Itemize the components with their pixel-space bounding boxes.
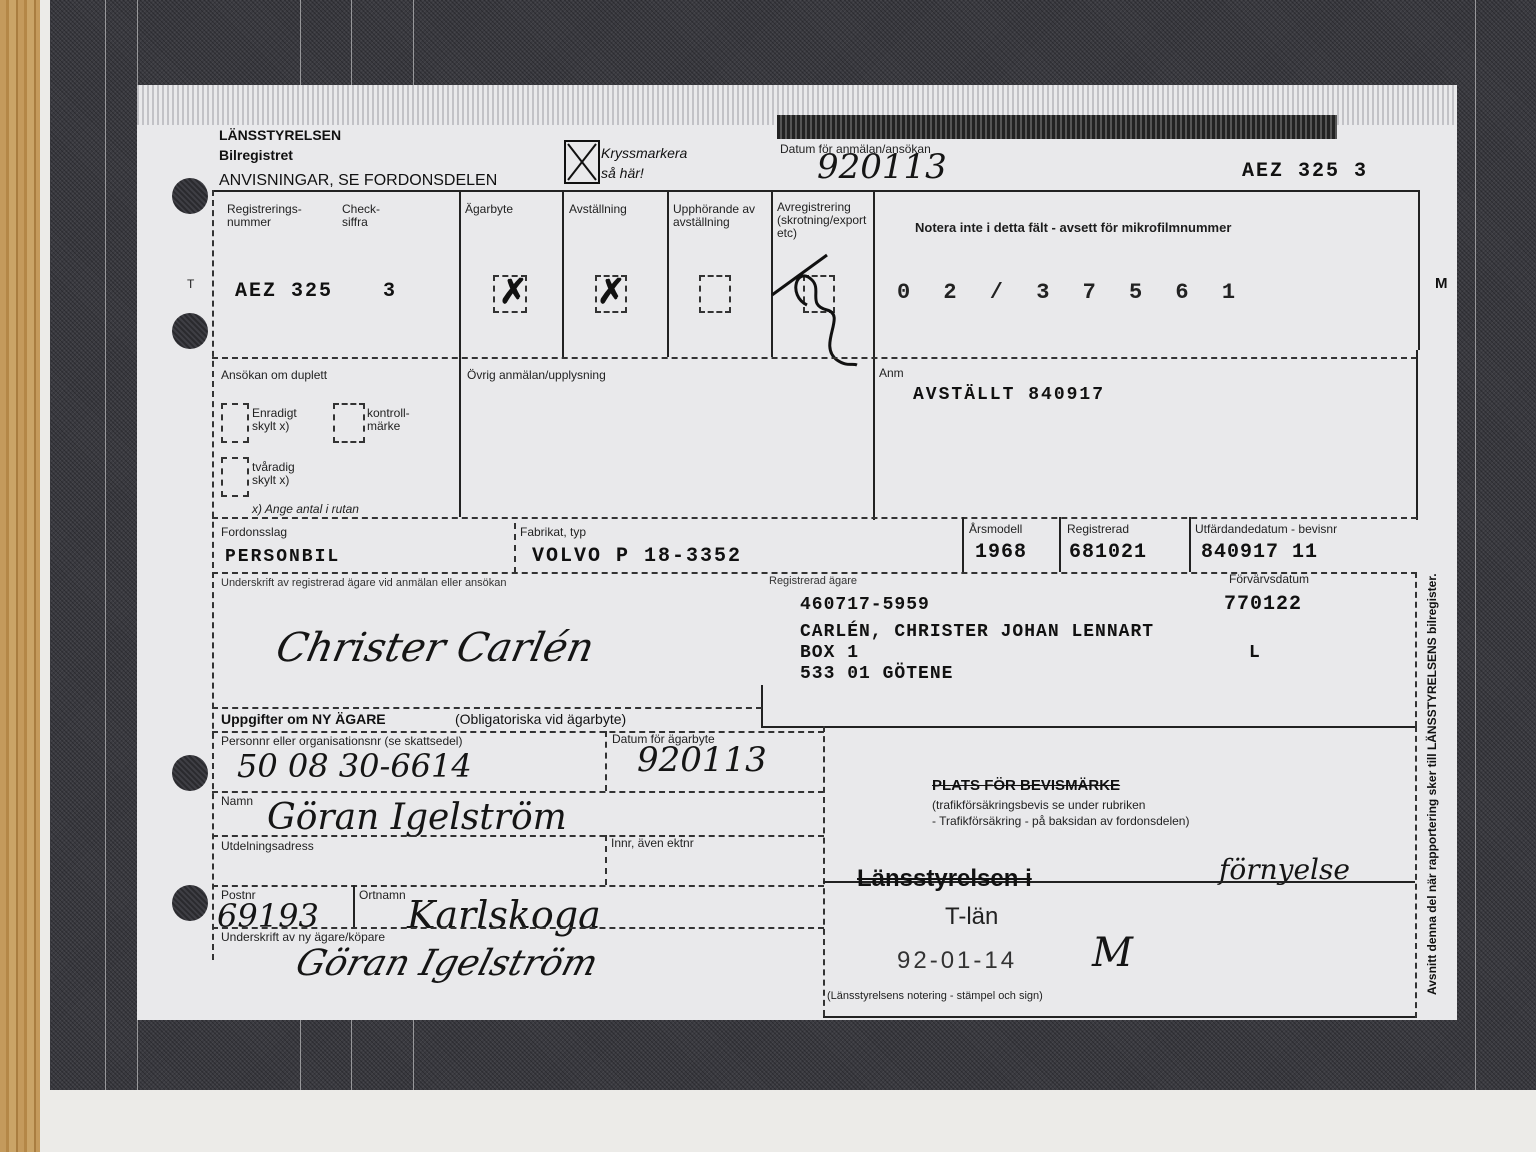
acquired-label: Förvärvsdatum: [1229, 573, 1309, 586]
divider: [212, 791, 824, 793]
dup-footnote: x) Ange antal i rutan: [252, 503, 359, 516]
agency-name: LÄNSSTYRELSEN: [219, 127, 341, 143]
divider: [212, 835, 824, 837]
pen-scribble-icon: [767, 235, 867, 375]
stamp-line1: (trafikförsäkringsbevis se under rubrike…: [932, 799, 1145, 812]
duplicate-label: Ansökan om duplett: [221, 369, 327, 382]
stamp-authority: Länsstyrelsen i: [857, 865, 1032, 893]
divider: [459, 357, 461, 517]
check-x-icon: ✗: [597, 275, 626, 309]
mark-hint-1: Kryssmarkera: [601, 145, 687, 161]
divider: [212, 927, 824, 929]
punch-hole: [172, 885, 208, 921]
divider: [873, 190, 875, 520]
divider: [761, 685, 763, 727]
divider: [605, 731, 607, 791]
margin-label-m: M: [1435, 275, 1448, 292]
issued-value: 840917 11: [1201, 541, 1318, 564]
date-value: 920113: [817, 147, 947, 187]
vehicle-type-value: PERSONBIL: [225, 547, 340, 567]
city-value[interactable]: Karlskoga: [407, 893, 601, 937]
issued-label: Utfärdandedatum - bevisnr: [1195, 523, 1337, 536]
remarks-value: AVSTÄLLT 840917: [913, 385, 1105, 405]
owner-signature-label: Underskrift av registrerad ägare vid anm…: [221, 577, 507, 590]
divider: [212, 517, 1417, 519]
divider: [667, 190, 669, 357]
new-owner-signature[interactable]: Göran Igelström: [292, 943, 603, 984]
divider: [514, 523, 516, 573]
registered-label: Registrerad: [1067, 523, 1129, 536]
new-owner-title: Uppgifter om NY ÄGARE: [221, 711, 386, 727]
divider: [761, 726, 1416, 728]
registered-owner-label: Registrerad ägare: [769, 575, 857, 588]
make-label: Fabrikat, typ: [520, 526, 586, 539]
check-label: Check- siffra: [342, 203, 402, 229]
stamp-county: T-län: [945, 903, 998, 931]
registered-value: 681021: [1069, 541, 1147, 564]
instructions-text: ANVISNINGAR, SE FORDONSDELEN: [219, 172, 497, 190]
divider: [212, 731, 824, 733]
divider: [1189, 517, 1191, 572]
dup-opt2: kontroll- märke: [367, 407, 427, 433]
year-label: Årsmodell: [969, 523, 1022, 536]
owner-postal: 533 01 GÖTENE: [800, 664, 953, 684]
dup-opt3: tvåradig skylt x): [252, 461, 322, 487]
checkbox-upphorande[interactable]: [699, 275, 731, 313]
city-label: Ortnamn: [359, 889, 406, 902]
divider: [212, 707, 762, 709]
divider: [823, 1016, 1415, 1018]
year-value: 1968: [975, 541, 1027, 564]
make-value: VOLVO P 18-3352: [532, 545, 742, 568]
option-label-avstallning: Avställning: [569, 203, 659, 216]
microfilm-number: 0 2 / 3 7 5 6 1: [897, 280, 1245, 305]
owner-code: L: [1249, 643, 1262, 663]
checkbox-dup-tvaradig[interactable]: [221, 457, 249, 497]
new-personnr-value[interactable]: 50 08 30-6614: [237, 747, 472, 785]
coowner-label: Innr, även ektnr: [611, 837, 694, 850]
new-name-label: Namn: [221, 795, 253, 808]
divider: [605, 835, 607, 885]
form-title-bar: [777, 115, 1337, 139]
side-note-vertical: Avsnitt denna del när rapportering sker …: [1425, 573, 1439, 995]
stamp-footer: (Länsstyrelsens notering - stämpel och s…: [827, 990, 1043, 1003]
new-owner-note: (Obligatoriska vid ägarbyte): [455, 711, 626, 727]
registration-form: LÄNSSTYRELSEN Bilregistret ANVISNINGAR, …: [137, 85, 1457, 1020]
punch-hole: [172, 755, 208, 791]
owner-address: BOX 1: [800, 643, 859, 663]
transfer-date-value[interactable]: 920113: [637, 740, 767, 780]
check-value: 3: [383, 280, 397, 303]
checkbox-dup-enradig[interactable]: [221, 403, 249, 443]
remarks-label: Anm: [879, 367, 904, 380]
microfilm-note: Notera inte i detta fält - avsett för mi…: [915, 220, 1231, 235]
divider: [212, 885, 824, 887]
punch-hole: [172, 178, 208, 214]
stamp-initials: M: [1092, 930, 1133, 976]
margin-label-t: T: [187, 278, 194, 291]
divider: [212, 190, 214, 960]
punch-hole: [172, 313, 208, 349]
checkbox-dup-kontroll[interactable]: [333, 403, 365, 443]
owner-signature: Christer Carlén: [272, 625, 598, 671]
divider: [562, 190, 564, 357]
divider: [1415, 572, 1417, 727]
other-label: Övrig anmälan/upplysning: [467, 369, 606, 382]
divider: [1415, 726, 1417, 1018]
divider: [459, 190, 461, 357]
department-name: Bilregistret: [219, 147, 293, 163]
new-name-value[interactable]: Göran Igelström: [267, 797, 567, 838]
divider: [1059, 517, 1061, 572]
divider: [962, 517, 964, 572]
vehicle-type-label: Fordonsslag: [221, 526, 287, 539]
divider: [823, 726, 825, 1016]
dup-opt1: Enradigt skylt x): [252, 407, 322, 433]
regnr-label: Registrerings- nummer: [227, 203, 327, 229]
divider: [1418, 190, 1420, 350]
reg-header: AEZ 325 3: [1242, 160, 1368, 183]
divider: [212, 357, 1417, 359]
stamp-title: PLATS FÖR BEVISMÄRKE: [932, 777, 1120, 794]
address-label: Utdelningsadress: [221, 840, 314, 853]
check-x-icon: ✗: [499, 275, 528, 309]
divider: [353, 885, 355, 927]
stamp-date: 92-01-14: [897, 947, 1017, 975]
divider: [212, 190, 1420, 192]
owner-name: CARLÉN, CHRISTER JOHAN LENNART: [800, 622, 1154, 642]
option-label-agarbyte: Ägarbyte: [465, 203, 555, 216]
option-label-upphorande: Upphörande av avställning: [673, 203, 768, 229]
cross-icon: [566, 142, 598, 182]
divider: [1416, 350, 1418, 520]
sample-checkbox: [564, 140, 600, 184]
regnr-value: AEZ 325: [235, 280, 333, 303]
stamp-line2: - Trafikförsäkring - på baksidan av ford…: [932, 815, 1189, 828]
owner-personnr: 460717-5959: [800, 595, 930, 615]
mark-hint-2: så här!: [601, 165, 644, 181]
owner-acquired-date: 770122: [1224, 593, 1302, 616]
